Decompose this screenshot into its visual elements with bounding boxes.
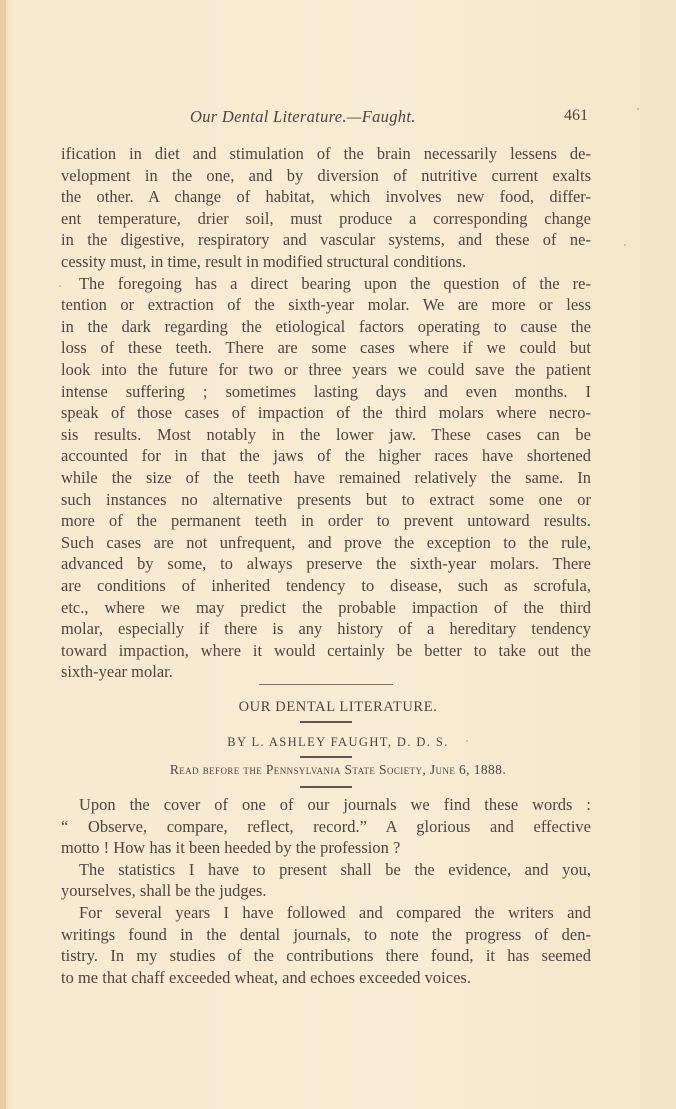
text-line: The foregoing has a direct bearing upon … bbox=[61, 273, 591, 295]
text-line: yourselves, shall be the judges. bbox=[61, 880, 591, 902]
previous-article-paragraph-2: The foregoing has a direct bearing upon … bbox=[61, 273, 591, 683]
article-byline: BY L. ASHLEY FAUGHT, D. D. S. bbox=[0, 735, 676, 750]
text-line: toward impaction, where it would certain… bbox=[61, 640, 591, 662]
read-note-rule bbox=[300, 786, 352, 788]
text-line: Such cases are not unfrequent, and prove… bbox=[61, 532, 591, 554]
text-line: molar, especially if there is any histor… bbox=[61, 618, 591, 640]
byline-rule bbox=[300, 756, 352, 758]
paper-speck bbox=[624, 244, 626, 246]
text-line: sis results. Most notably in the lower j… bbox=[61, 424, 591, 446]
article-title: OUR DENTAL LITERATURE. bbox=[0, 699, 676, 716]
running-title: Our Dental Literature.—Faught. bbox=[190, 107, 416, 127]
article-paragraph-2: The statistics I have to present shall b… bbox=[61, 859, 591, 902]
text-line: ification in diet and stimulation of the… bbox=[61, 143, 591, 165]
text-line: velopment in the one, and by diversion o… bbox=[61, 165, 591, 187]
text-line: cessity must, in time, result in modifie… bbox=[61, 251, 591, 273]
text-line: while the size of the teeth have remaine… bbox=[61, 467, 591, 489]
paper-speck bbox=[637, 108, 639, 110]
text-line: sixth-year molar. bbox=[61, 661, 591, 683]
text-line: Upon the cover of one of our journals we… bbox=[61, 794, 591, 816]
article-paragraph-1: Upon the cover of one of our journals we… bbox=[61, 794, 591, 859]
title-rule bbox=[300, 721, 352, 723]
text-line: tistry. In my studies of the contributio… bbox=[61, 945, 591, 967]
book-page: Our Dental Literature.—Faught. 461 ifica… bbox=[0, 0, 676, 1109]
article-read-note: Read before the Pennsylvania State Socie… bbox=[0, 762, 676, 778]
text-line: in the dark regarding the etiological fa… bbox=[61, 316, 591, 338]
text-line: to me that chaff exceeded wheat, and ech… bbox=[61, 967, 591, 989]
section-divider-rule bbox=[259, 684, 393, 685]
text-line: accounted for in that the jaws of the hi… bbox=[61, 445, 591, 467]
paper-speck bbox=[466, 740, 468, 742]
page-spine-edge bbox=[0, 0, 6, 1109]
text-line: the other. A change of habitat, which in… bbox=[61, 186, 591, 208]
page-number: 461 bbox=[564, 107, 588, 125]
text-line: tention or extraction of the sixth-year … bbox=[61, 294, 591, 316]
text-line: The statistics I have to present shall b… bbox=[61, 859, 591, 881]
text-line: intense suffering ; sometimes lasting da… bbox=[61, 381, 591, 403]
text-line: are conditions of inherited tendency to … bbox=[61, 575, 591, 597]
previous-article-paragraph-1: ification in diet and stimulation of the… bbox=[61, 143, 591, 273]
text-line: more of the permanent teeth in order to … bbox=[61, 510, 591, 532]
text-line: such instances no alternative presents b… bbox=[61, 489, 591, 511]
article-paragraph-3: For several years I have followed and co… bbox=[61, 902, 591, 988]
text-line: For several years I have followed and co… bbox=[61, 902, 591, 924]
text-line: motto ! How has it been heeded by the pr… bbox=[61, 837, 591, 859]
text-line: speak of those cases of impaction of the… bbox=[61, 402, 591, 424]
text-line: writings found in the dental journals, t… bbox=[61, 924, 591, 946]
text-line: ent temperature, drier soil, must produc… bbox=[61, 208, 591, 230]
text-line: loss of these teeth. There are some case… bbox=[61, 337, 591, 359]
text-line: look into the future for two or three ye… bbox=[61, 359, 591, 381]
text-line: etc., where we may predict the probable … bbox=[61, 597, 591, 619]
text-line: advanced by some, to always preserve the… bbox=[61, 553, 591, 575]
text-line: “ Observe, compare, reflect, record.” A … bbox=[61, 816, 591, 838]
text-line: in the digestive, respiratory and vascul… bbox=[61, 229, 591, 251]
paper-speck bbox=[59, 285, 61, 287]
running-header: Our Dental Literature.—Faught. 461 bbox=[0, 107, 676, 131]
